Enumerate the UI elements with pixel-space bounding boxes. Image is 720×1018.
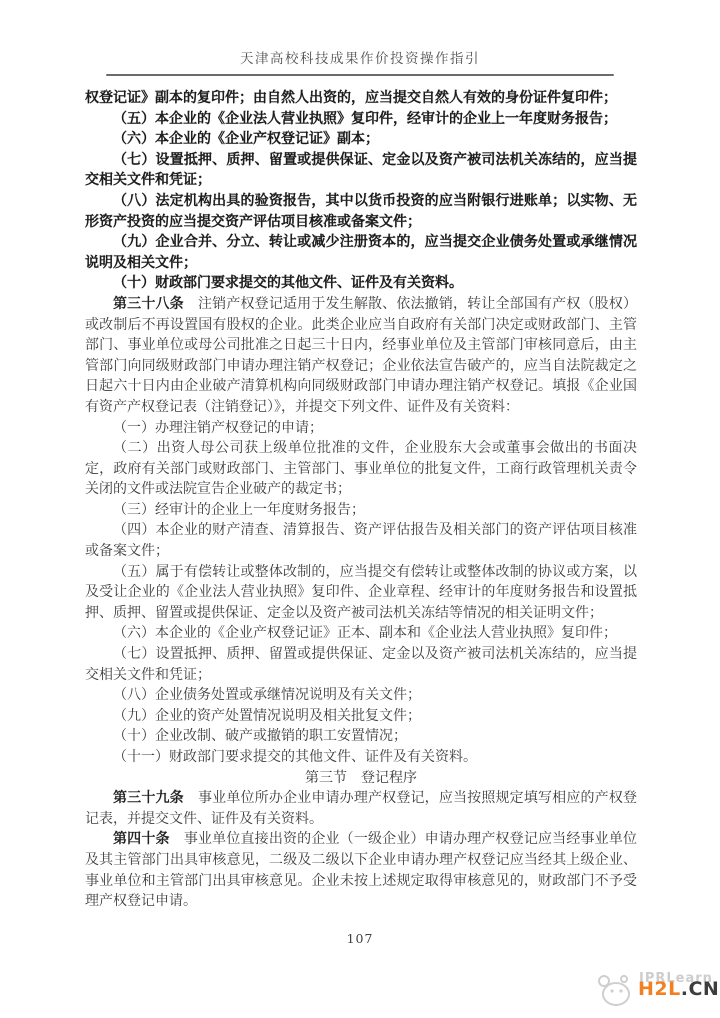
paragraph: 第四十条 事业单位直接出资的企业（一级企业）申请办理产权登记应当经事业单位及其主… — [85, 829, 637, 911]
paragraph: （九）企业的资产处置情况说明及相关批复文件； — [85, 706, 637, 727]
watermark: IPRLearn H2L.CN — [592, 966, 720, 1014]
paragraph: （五）属于有偿转让或整体改制的，应当提交有偿转让或整体改制的协议或方案，以及受让… — [85, 562, 637, 624]
header-divider — [106, 74, 614, 76]
page-number: 107 — [0, 931, 720, 946]
paragraph: （七）设置抵押、质押、留置或提供保证、定金以及资产被司法机关冻结的，应当提交相关… — [85, 150, 637, 191]
paragraph: 第三十九条 事业单位所办企业申请办理产权登记，应当按照规定填写相应的产权登记表，… — [85, 788, 637, 829]
watermark-suffix: .CN — [681, 978, 720, 1000]
paragraph: 权登记证》副本的复印件；由自然人出资的，应当提交自然人有效的身份证件复印件； — [85, 88, 637, 109]
watermark-main: H2L.CN — [638, 978, 719, 1000]
paragraph: （四）本企业的财产清查、清算报告、资产评估报告及相关部门的资产评估项目核准或备案… — [85, 520, 637, 561]
paragraph: （十）财政部门要求提交的其他文件、证件及有关资料。 — [85, 273, 637, 294]
paragraph: （十）企业改制、破产或撤销的职工安置情况； — [85, 726, 637, 747]
article-number: 第三十九条 — [113, 790, 184, 806]
article-number: 第三十八条 — [113, 296, 184, 312]
paragraph: （九）企业合并、分立、转让或减少注册资本的，应当提交企业债务处置或承继情况说明及… — [85, 232, 637, 273]
paragraph: （八）法定机构出具的验资报告，其中以货币投资的应当附银行进账单；以实物、无形资产… — [85, 191, 637, 232]
paragraph: （六）本企业的《企业产权登记证》正本、副本和《企业法人营业执照》复印件； — [85, 623, 637, 644]
running-header-title: 天津高校科技成果作价投资操作指引 — [0, 47, 720, 67]
paragraph: （一）办理注销产权登记的申请； — [85, 418, 637, 439]
section-heading: 第三节 登记程序 — [85, 768, 637, 789]
paragraph: 第三十八条 注销产权登记适用于发生解散、依法撤销，转让全部国有产权（股权）或改制… — [85, 294, 637, 418]
paragraph: （八）企业债务处置或承继情况说明及有关文件； — [85, 685, 637, 706]
paragraph: （七）设置抵押、质押、留置或提供保证、定金以及资产被司法机关冻结的，应当提交相关… — [85, 644, 637, 685]
paragraph: （六）本企业的《企业产权登记证》副本； — [85, 129, 637, 150]
paragraph: （二）出资人母公司获上级单位批准的文件，企业股东大会或董事会做出的书面决定，政府… — [85, 438, 637, 500]
mascot-logo-icon — [594, 971, 636, 1013]
paragraph: （三）经审计的企业上一年度财务报告； — [85, 500, 637, 521]
paragraph: （十一）财政部门要求提交的其他文件、证件及有关资料。 — [85, 747, 637, 768]
article-number: 第四十条 — [113, 831, 170, 847]
watermark-brand: H2L — [638, 978, 681, 1000]
document-body: 权登记证》副本的复印件；由自然人出资的，应当提交自然人有效的身份证件复印件；（五… — [85, 88, 637, 912]
paragraph: （五）本企业的《企业法人营业执照》复印件，经审计的企业上一年度财务报告； — [85, 109, 637, 130]
